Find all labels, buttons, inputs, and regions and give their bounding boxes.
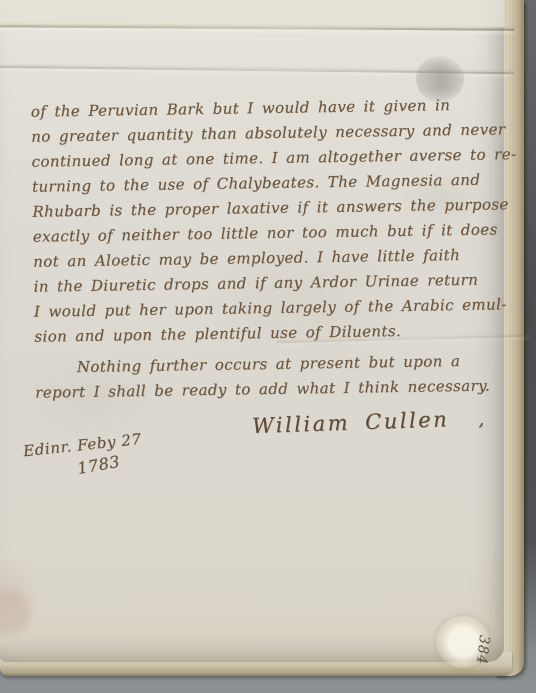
- dateline: Edinr. Feby 27 1783: [22, 430, 144, 481]
- signature: William Cullen ,: [252, 406, 487, 438]
- letter-scan-photo: of the Peruvian Bark but I would have it…: [0, 0, 536, 693]
- letter-page: of the Peruvian Bark but I would have it…: [0, 0, 504, 662]
- fold-crease-second: [0, 66, 514, 74]
- folio-number: 384: [473, 634, 492, 665]
- fold-band-top: [0, 0, 504, 27]
- letter-body: of the Peruvian Bark but I would have it…: [31, 92, 506, 405]
- stain-left-edge: [0, 584, 32, 642]
- signature-flourish: ,: [478, 409, 487, 430]
- signature-name: William Cullen: [252, 407, 450, 438]
